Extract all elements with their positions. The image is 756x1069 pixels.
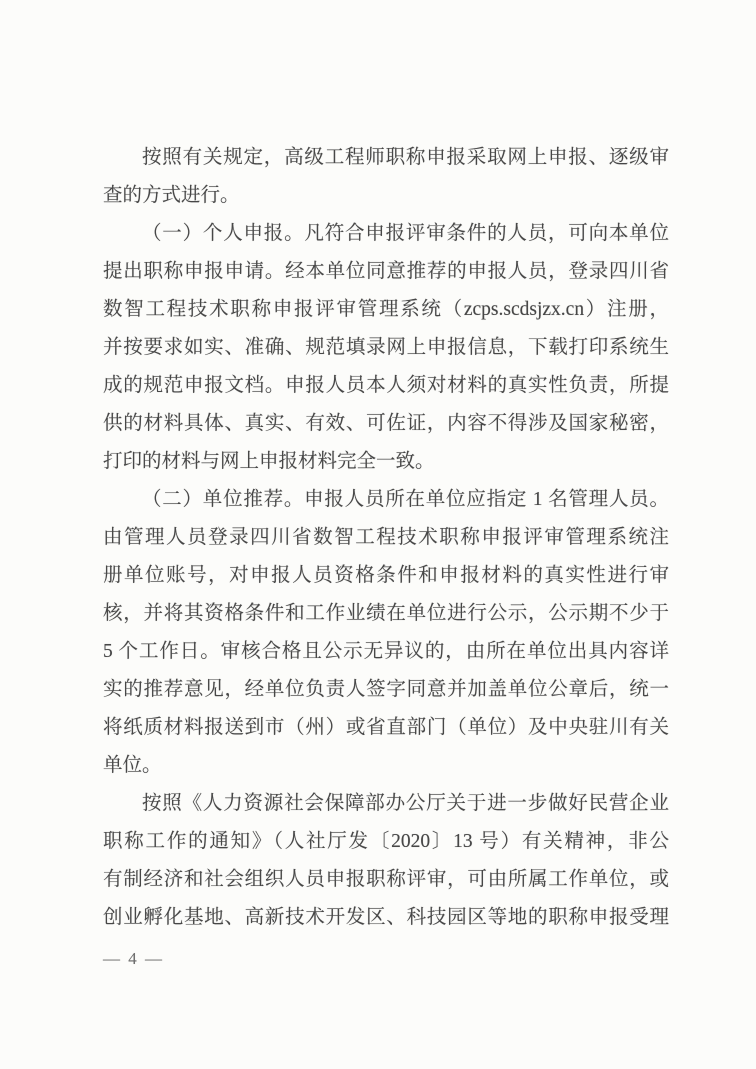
text-line: 将纸质材料报送到市（州）或省直部门（单位）及中央驻川有关: [103, 709, 669, 747]
text-line: 查的方式进行。: [103, 177, 669, 215]
text-line: 有制经济和社会组织人员申报职称评审，可由所属工作单位，或: [103, 861, 669, 899]
page-number: — 4 —: [103, 946, 164, 972]
text-line: （一）个人申报。凡符合申报评审条件的人员，可向本单位: [103, 215, 669, 253]
text-line: 供的材料具体、真实、有效、可佐证，内容不得涉及国家秘密，: [103, 405, 669, 443]
text-line: 册单位账号，对申报人员资格条件和申报材料的真实性进行审: [103, 557, 669, 595]
text-line: 成的规范申报文档。申报人员本人须对材料的真实性负责，所提: [103, 367, 669, 405]
text-line: 按照有关规定，高级工程师职称申报采取网上申报、逐级审: [103, 139, 669, 177]
document-body: 按照有关规定，高级工程师职称申报采取网上申报、逐级审 查的方式进行。 （一）个人…: [103, 139, 669, 937]
text-line: 实的推荐意见，经单位负责人签字同意并加盖单位公章后，统一: [103, 671, 669, 709]
text-line: 职称工作的通知》（人社厅发〔2020〕13 号）有关精神，非公: [103, 823, 669, 861]
text-line: 5 个工作日。审核合格且公示无异议的，由所在单位出具内容详: [103, 633, 669, 671]
text-line: 数智工程技术职称申报评审管理系统（zcps.scdsjzx.cn）注册，: [103, 291, 669, 329]
text-line: 打印的材料与网上申报材料完全一致。: [103, 443, 669, 481]
text-line: 单位。: [103, 747, 669, 785]
text-line: （二）单位推荐。申报人员所在单位应指定 1 名管理人员。: [103, 481, 669, 519]
text-line: 核，并将其资格条件和工作业绩在单位进行公示，公示期不少于: [103, 595, 669, 633]
scanned-document-page: 按照有关规定，高级工程师职称申报采取网上申报、逐级审 查的方式进行。 （一）个人…: [0, 0, 756, 1069]
text-line: 并按要求如实、准确、规范填录网上申报信息，下载打印系统生: [103, 329, 669, 367]
text-line: 提出职称申报申请。经本单位同意推荐的申报人员，登录四川省: [103, 253, 669, 291]
text-line: 按照《人力资源社会保障部办公厅关于进一步做好民营企业: [103, 785, 669, 823]
text-line: 由管理人员登录四川省数智工程技术职称申报评审管理系统注: [103, 519, 669, 557]
text-line: 创业孵化基地、高新技术开发区、科技园区等地的职称申报受理: [103, 899, 669, 937]
